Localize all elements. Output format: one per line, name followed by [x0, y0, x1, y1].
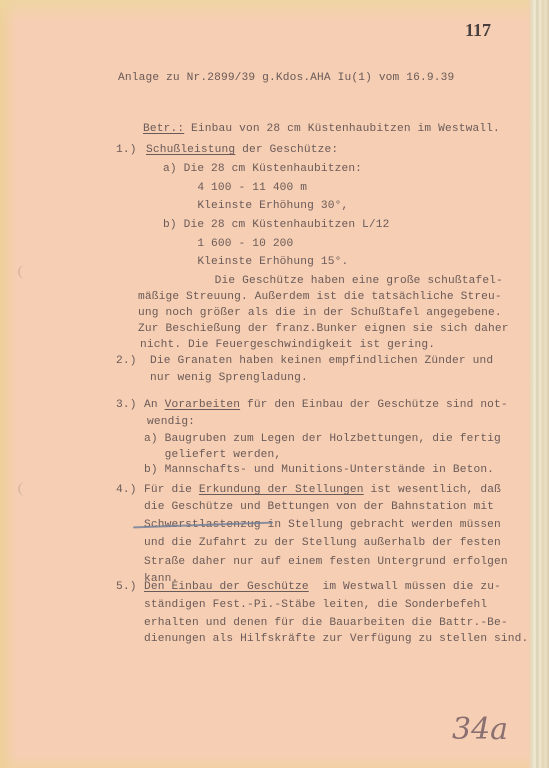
- line-text: a) Die 28 cm Küstenhaubitzen:: [163, 163, 362, 175]
- document-page: 117 Anlage zu Nr.2899/39 g.Kdos.AHA Iu(1…: [0, 0, 549, 768]
- section-line: Für die Erkundung der Stellungen ist wes…: [144, 483, 501, 497]
- line-text: b) Mannschafts- und Munitions-Unterständ…: [144, 464, 494, 476]
- section-number: 1.): [116, 143, 137, 157]
- section-line: Straße daher nur auf einem festen Unterg…: [144, 555, 508, 569]
- subject-line: Betr.: Einbau von 28 cm Küstenhaubitzen …: [143, 122, 500, 136]
- section-line: Zur Beschießung der franz.Bunker eignen …: [138, 322, 509, 336]
- section-line: nur wenig Sprengladung.: [150, 371, 308, 385]
- line-text: a) Baugruben zum Legen der Holzbettungen…: [144, 433, 501, 445]
- section-line: An Vorarbeiten für den Einbau der Geschü…: [144, 398, 508, 412]
- section-line: Die Geschütze haben eine große schußtafe…: [146, 274, 503, 288]
- line-text: ständigen Fest.-Pi.-Stäbe leiten, die So…: [144, 599, 487, 611]
- underlined-heading: Den Einbau der Geschütze: [144, 581, 309, 593]
- line-text: nur wenig Sprengladung.: [150, 372, 308, 384]
- line-text: nicht. Die Feuergeschwindigkeit ist geri…: [140, 339, 435, 351]
- section-line: erhalten und denen für die Bauarbeiten d…: [144, 616, 508, 630]
- line-text: Straße daher nur auf einem festen Unterg…: [144, 556, 508, 568]
- section-line: Kleinste Erhöhung 30°,: [163, 199, 348, 213]
- section-line: nicht. Die Feuergeschwindigkeit ist geri…: [140, 338, 435, 352]
- section-line: ung noch größer als die in der Schußtafe…: [138, 306, 502, 320]
- section-number: 5.): [116, 580, 137, 594]
- line-text: wendig:: [147, 416, 195, 428]
- punch-hole-upper: [18, 265, 32, 279]
- line-text: 1 600 - 10 200: [163, 238, 293, 250]
- line-text: der Geschütze:: [235, 144, 338, 156]
- section-line: geliefert werden,: [144, 448, 281, 462]
- section-line: dienungen als Hilfskräfte zur Verfügung …: [144, 632, 528, 646]
- underlined-heading: Erkundung der Stellungen: [199, 484, 364, 496]
- line-text: geliefert werden,: [144, 449, 281, 461]
- underlined-heading: Vorarbeiten: [165, 399, 241, 411]
- section-line: mäßige Streuung. Außerdem ist die tatsäc…: [138, 290, 502, 304]
- section-line: die Geschütze und Bettungen von der Bahn…: [144, 500, 494, 514]
- binding-edge: [529, 0, 549, 768]
- section-line: Kleinste Erhöhung 15°.: [163, 255, 348, 269]
- punch-hole-lower: [18, 482, 32, 496]
- line-text: für den Einbau der Geschütze sind not-: [240, 399, 508, 411]
- line-text: ist wesentlich, daß: [364, 484, 501, 496]
- section-line: a) Baugruben zum Legen der Holzbettungen…: [144, 432, 501, 446]
- line-text: Kleinste Erhöhung 30°,: [163, 200, 348, 212]
- line-text: Für die: [144, 484, 199, 496]
- section-line: wendig:: [147, 415, 195, 429]
- handwritten-note: 34a: [452, 712, 508, 747]
- line-text: ung noch größer als die in der Schußtafe…: [138, 307, 502, 319]
- attachment-header: Anlage zu Nr.2899/39 g.Kdos.AHA Iu(1) vo…: [118, 71, 454, 85]
- page-number: 117: [465, 20, 491, 41]
- section-line: ständigen Fest.-Pi.-Stäbe leiten, die So…: [144, 598, 487, 612]
- section-line: 4 100 - 11 400 m: [163, 181, 307, 195]
- underlined-heading: Schußleistung: [146, 144, 235, 156]
- line-text: b) Die 28 cm Küstenhaubitzen L/12: [163, 219, 390, 231]
- line-text: und die Zufahrt zu der Stellung außerhal…: [144, 537, 501, 549]
- line-text: die Geschütze und Bettungen von der Bahn…: [144, 501, 494, 513]
- line-text: dienungen als Hilfskräfte zur Verfügung …: [144, 633, 528, 645]
- line-text: im Westwall müssen die zu-: [309, 581, 501, 593]
- line-text: Die Granaten haben keinen empfindlichen …: [150, 355, 493, 367]
- section-line: b) Mannschafts- und Munitions-Unterständ…: [144, 463, 494, 477]
- line-text: Zur Beschießung der franz.Bunker eignen …: [138, 323, 509, 335]
- section-line: a) Die 28 cm Küstenhaubitzen:: [163, 162, 362, 176]
- line-text: An: [144, 399, 165, 411]
- subject-label: Betr.:: [143, 123, 184, 135]
- section-line: Den Einbau der Geschütze im Westwall müs…: [144, 580, 501, 594]
- section-line: Schußleistung der Geschütze:: [146, 143, 338, 157]
- line-text: mäßige Streuung. Außerdem ist die tatsäc…: [138, 291, 502, 303]
- line-text: Kleinste Erhöhung 15°.: [163, 256, 348, 268]
- section-number: 2.): [116, 354, 137, 368]
- section-line: und die Zufahrt zu der Stellung außerhal…: [144, 536, 501, 550]
- section-number: 4.): [116, 483, 137, 497]
- section-line: Die Granaten haben keinen empfindlichen …: [150, 354, 493, 368]
- handwritten-folio-number: 34a: [452, 712, 508, 747]
- line-text: 4 100 - 11 400 m: [163, 182, 307, 194]
- section-number: 3.): [116, 398, 137, 412]
- line-text: Die Geschütze haben eine große schußtafe…: [146, 275, 503, 287]
- subject-text: Einbau von 28 cm Küstenhaubitzen im West…: [184, 123, 500, 135]
- section-line: 1 600 - 10 200: [163, 237, 293, 251]
- line-text: erhalten und denen für die Bauarbeiten d…: [144, 617, 508, 629]
- section-line: b) Die 28 cm Küstenhaubitzen L/12: [163, 218, 390, 232]
